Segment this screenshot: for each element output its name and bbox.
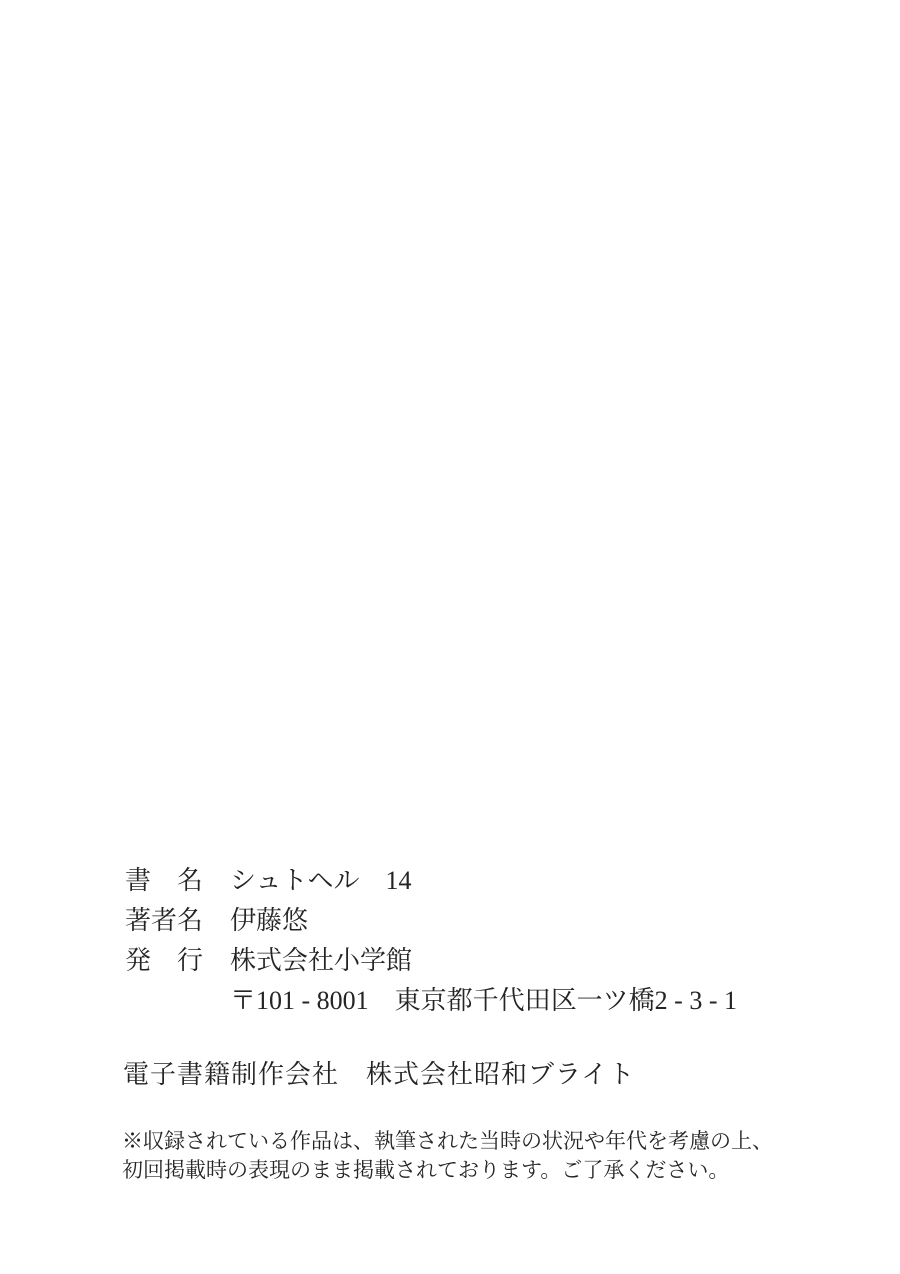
publisher-label: 発 行 bbox=[125, 941, 203, 981]
author-label: 著者名 bbox=[125, 901, 203, 941]
address-row: 〒101 - 8001 東京都千代田区一ツ橋2 - 3 - 1 bbox=[125, 981, 737, 1021]
disclaimer-line-1: ※収録されている作品は、執筆された当時の状況や年代を考慮の上、 bbox=[122, 1127, 773, 1156]
address-spacer bbox=[125, 981, 203, 1021]
colophon-page: 書 名 シュトヘル 14 著者名 伊藤悠 発 行 株式会社小学館 〒101 - … bbox=[0, 0, 900, 1274]
publisher-address: 〒101 - 8001 東京都千代田区一ツ橋2 - 3 - 1 bbox=[230, 981, 737, 1021]
publisher-name: 株式会社小学館 bbox=[230, 941, 412, 981]
disclaimer-line-2: 初回掲載時の表現のまま掲載されております。ご了承ください。 bbox=[122, 1156, 773, 1185]
book-title-label: 書 名 bbox=[125, 861, 203, 901]
disclaimer: ※収録されている作品は、執筆された当時の状況や年代を考慮の上、 初回掲載時の表現… bbox=[122, 1127, 773, 1185]
book-title-row: 書 名 シュトヘル 14 bbox=[125, 861, 737, 901]
author-row: 著者名 伊藤悠 bbox=[125, 901, 737, 941]
book-title-value: シュトヘル 14 bbox=[230, 861, 411, 901]
author-name: 伊藤悠 bbox=[230, 901, 308, 941]
ebook-production-company: 電子書籍制作会社 株式会社昭和ブライト bbox=[123, 1055, 635, 1095]
publisher-row: 発 行 株式会社小学館 bbox=[125, 941, 737, 981]
publication-info: 書 名 シュトヘル 14 著者名 伊藤悠 発 行 株式会社小学館 〒101 - … bbox=[125, 861, 737, 1021]
